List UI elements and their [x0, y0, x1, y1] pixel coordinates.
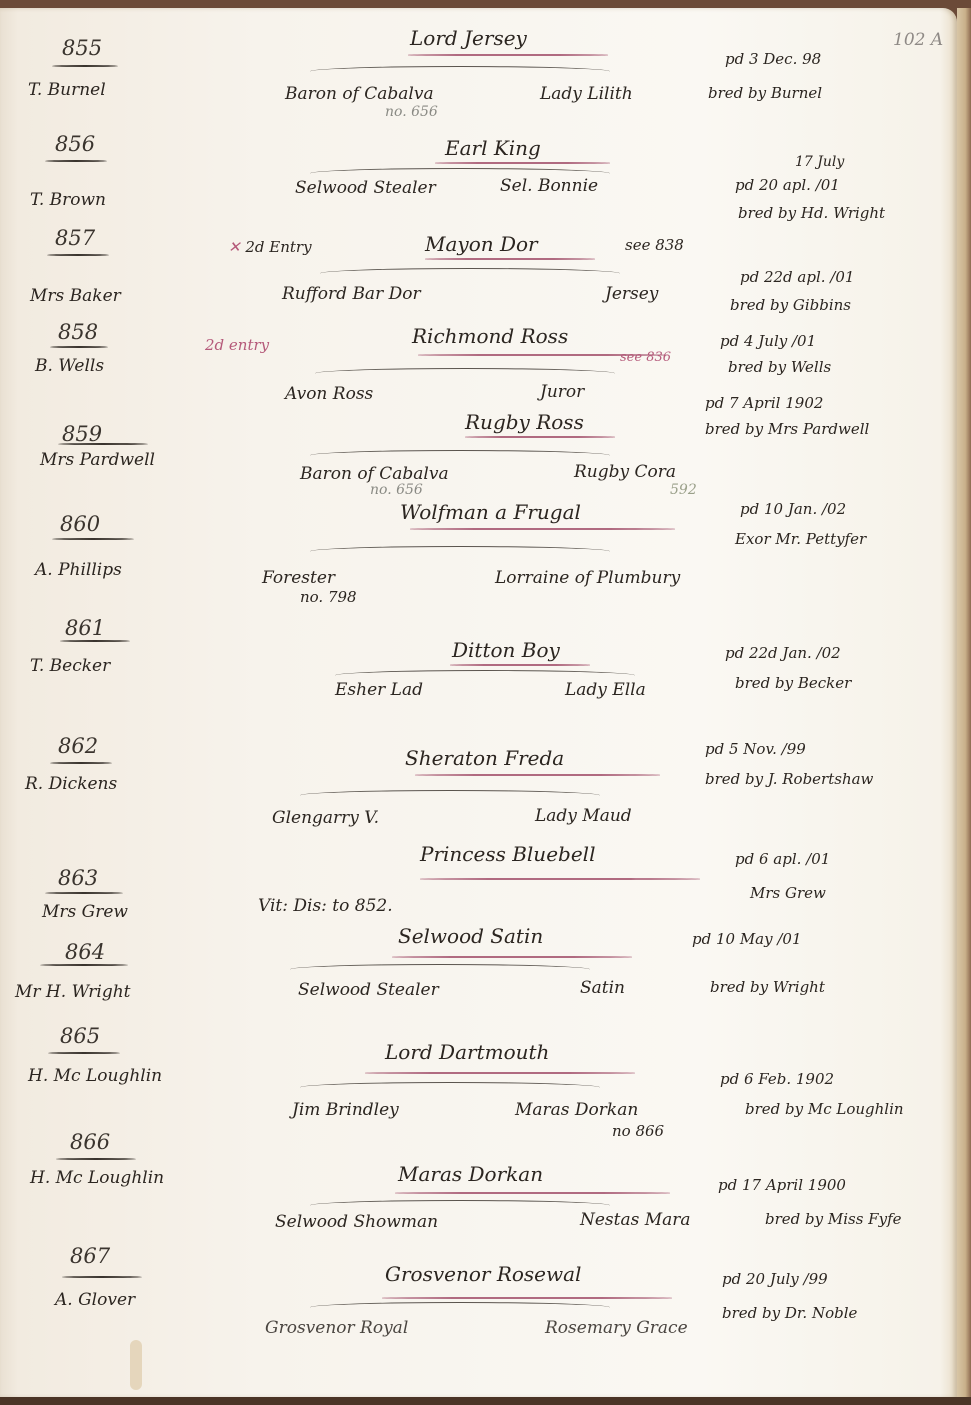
- dam-name: Lady Maud: [535, 806, 632, 826]
- entry-number: 862: [58, 734, 98, 758]
- sire-name: Forester: [262, 568, 335, 588]
- entry-number: 867: [70, 1244, 110, 1268]
- sire-name: Avon Ross: [285, 384, 373, 404]
- owner-name: T. Becker: [30, 656, 110, 676]
- sire-name: Esher Lad: [335, 680, 423, 700]
- bred-by: bred by J. Robertshaw: [705, 770, 873, 788]
- owner-name: A. Glover: [55, 1290, 135, 1310]
- sire-name: Baron of Cabalva: [285, 84, 434, 104]
- dam-name: Sel. Bonnie: [500, 176, 598, 196]
- registration-date: pd 22d apl. /01: [740, 268, 854, 286]
- registration-date: pd 20 apl. /01: [735, 176, 840, 194]
- owner-name: Mrs Baker: [30, 286, 121, 306]
- dam-name: Maras Dorkan: [515, 1100, 638, 1120]
- owner-name: R. Dickens: [25, 774, 117, 794]
- owner-name: T. Brown: [30, 190, 106, 210]
- dam-name: Satin: [580, 978, 625, 998]
- bred-by: bred by Burnel: [708, 84, 822, 102]
- owner-name: Mrs Pardwell: [40, 450, 155, 470]
- owner-name: Mrs Grew: [42, 902, 128, 922]
- bred-by: bred by Wells: [728, 358, 831, 376]
- book-binding-edge: [0, 1397, 971, 1405]
- dam-name: Lorraine of Plumbury: [495, 568, 680, 588]
- registration-date: pd 3 Dec. 98: [725, 50, 821, 68]
- entry-number: 865: [60, 1024, 100, 1048]
- dam-name: Jersey: [605, 284, 658, 304]
- dog-name: Earl King: [445, 136, 541, 160]
- dog-name: Rugby Ross: [465, 410, 584, 434]
- owner-name: H. Mc Loughlin: [30, 1168, 164, 1188]
- sire-name: Selwood Stealer: [295, 178, 436, 198]
- entry-number: 860: [60, 512, 100, 536]
- bred-by: bred by Becker: [735, 674, 851, 692]
- dog-name: Lord Dartmouth: [385, 1040, 549, 1064]
- bred-by: Mrs Grew: [750, 884, 826, 902]
- sire-note: no. 798: [300, 588, 357, 606]
- dog-name: Selwood Satin: [398, 924, 543, 948]
- registration-date: pd 6 Feb. 1902: [720, 1070, 834, 1088]
- bred-by: bred by Mc Loughlin: [745, 1100, 904, 1118]
- dog-name: Lord Jersey: [410, 26, 527, 50]
- sire-name: Selwood Stealer: [298, 980, 439, 1000]
- dam-name: Rosemary Grace: [545, 1318, 688, 1338]
- entry-number: 856: [55, 132, 95, 156]
- entry-number: 857: [55, 226, 95, 250]
- sire-name: Jim Brindley: [292, 1100, 399, 1120]
- dam-name: Lady Ella: [565, 680, 646, 700]
- sire-name: Grosvenor Royal: [265, 1318, 408, 1338]
- date-correction: 17 July: [795, 154, 844, 170]
- owner-name: A. Phillips: [35, 560, 122, 580]
- dam-name: Juror: [540, 382, 584, 402]
- dam-note: 592: [670, 482, 697, 498]
- bred-by: Exor Mr. Pettyfer: [735, 530, 866, 548]
- paper-stain: [130, 1340, 142, 1390]
- dog-name: Wolfman a Frugal: [400, 500, 581, 524]
- transfer-note: Vit: Dis: to 852.: [258, 896, 393, 916]
- bred-by: bred by Mrs Pardwell: [705, 420, 869, 438]
- dog-name: Sheraton Freda: [405, 746, 564, 770]
- registration-date: pd 22d Jan. /02: [725, 644, 841, 662]
- sire-name: Rufford Bar Dor: [282, 284, 421, 304]
- entry-note: ✕ 2d Entry: [228, 238, 312, 256]
- entry-number: 863: [58, 866, 98, 890]
- entry-number: 866: [70, 1130, 110, 1154]
- sire-name: Baron of Cabalva: [300, 464, 449, 484]
- entry-number: 864: [65, 940, 105, 964]
- page-number: 102 A: [893, 30, 943, 50]
- owner-name: B. Wells: [35, 356, 104, 376]
- bred-by: bred by Hd. Wright: [738, 204, 885, 222]
- bred-by: bred by Gibbins: [730, 296, 851, 314]
- page-edge: [957, 8, 971, 1398]
- registration-date: pd 10 May /01: [692, 930, 802, 948]
- entry-number: 858: [58, 320, 98, 344]
- registration-date: pd 7 April 1902: [705, 394, 823, 412]
- sire-note: no. 656: [385, 104, 438, 120]
- dam-name: Lady Lilith: [540, 84, 633, 104]
- cross-mark-icon: ✕: [228, 238, 241, 256]
- registration-date: pd 20 July /99: [722, 1270, 828, 1288]
- registration-date: pd 17 April 1900: [718, 1176, 846, 1194]
- entry-number: 855: [62, 36, 102, 60]
- sire-name: Glengarry V.: [272, 808, 379, 828]
- bred-by: bred by Dr. Noble: [722, 1304, 857, 1322]
- bred-by: bred by Miss Fyfe: [765, 1210, 902, 1228]
- cross-reference: see 838: [625, 236, 684, 254]
- dam-note: no 866: [612, 1122, 664, 1140]
- dam-name: Nestas Mara: [580, 1210, 691, 1230]
- dam-name: Rugby Cora: [574, 462, 676, 482]
- cross-reference: see 836: [620, 350, 671, 365]
- sire-name: Selwood Showman: [275, 1212, 438, 1232]
- dog-name: Maras Dorkan: [398, 1162, 543, 1186]
- entry-note: 2d entry: [205, 336, 269, 354]
- entry-number: 861: [65, 616, 105, 640]
- owner-name: T. Burnel: [28, 80, 106, 100]
- registration-date: pd 10 Jan. /02: [740, 500, 846, 518]
- registration-date: pd 4 July /01: [720, 332, 816, 350]
- sire-note: no. 656: [370, 482, 423, 498]
- dog-name: Richmond Ross: [412, 324, 568, 348]
- owner-name: Mr H. Wright: [15, 982, 131, 1002]
- dog-name: Princess Bluebell: [420, 842, 595, 866]
- registration-date: pd 6 apl. /01: [735, 850, 830, 868]
- bred-by: bred by Wright: [710, 978, 825, 996]
- owner-name: H. Mc Loughlin: [28, 1066, 162, 1086]
- dog-name: Ditton Boy: [452, 638, 560, 662]
- dog-name: Grosvenor Rosewal: [385, 1262, 581, 1286]
- dog-name: Mayon Dor: [425, 232, 538, 256]
- registration-date: pd 5 Nov. /99: [705, 740, 806, 758]
